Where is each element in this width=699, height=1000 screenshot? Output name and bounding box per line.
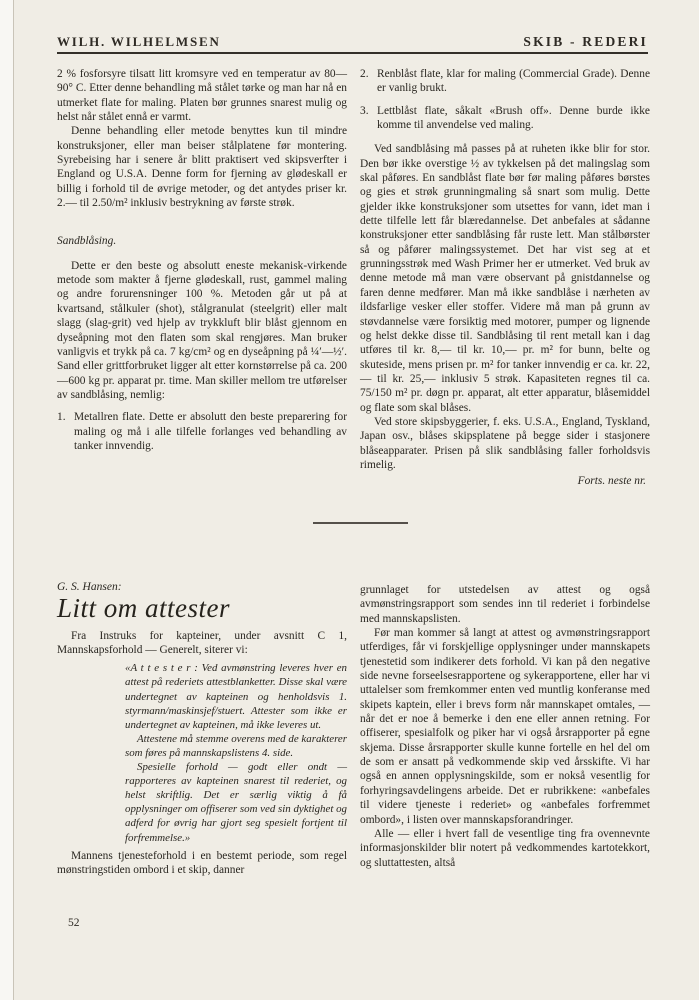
masthead: WILH. WILHELMSEN SKIB - REDERI — [57, 34, 648, 50]
article1-left-column: 2 % fosforsyre tilsatt litt kromsyre ved… — [57, 67, 347, 453]
paragraph: Fra Instruks for kapteiner, under avsnit… — [57, 629, 347, 658]
header-rule — [57, 52, 648, 54]
paragraph: Ved store skipsbyggerier, f. eks. U.S.A.… — [360, 415, 650, 472]
section-title: SKIB - REDERI — [523, 34, 648, 50]
article1-right-column: 2. Renblåst flate, klar for maling (Comm… — [360, 67, 650, 489]
paragraph: Alle — eller i hvert fall de vesentlige … — [360, 827, 650, 870]
list-text: Metallren flate. Dette er absolutt den b… — [74, 410, 347, 453]
paragraph: Før man kommer så langt at attest og avm… — [360, 626, 650, 827]
list-item: 2. Renblåst flate, klar for maling (Comm… — [360, 67, 650, 96]
paragraph: grunnlaget for utstedelsen av attest og … — [360, 583, 650, 626]
list-text: Lettblåst flate, såkalt «Brush off». Den… — [377, 104, 650, 133]
list-item: 3. Lettblåst flate, såkalt «Brush off». … — [360, 104, 650, 133]
quote-block: «A t t e s t e r : Ved avmønstring lever… — [125, 661, 347, 844]
article2-left-column: G. S. Hansen: Litt om attester Fra Instr… — [57, 580, 347, 877]
paragraph: Dette er den beste og absolutt eneste me… — [57, 259, 347, 402]
subheading-sandblasing: Sandblåsing. — [57, 234, 347, 248]
list-number: 3. — [360, 104, 377, 133]
journal-name: WILH. WILHELMSEN — [57, 34, 221, 50]
continuation-note: Forts. neste nr. — [360, 474, 650, 488]
list-number: 1. — [57, 410, 74, 453]
page-number: 52 — [68, 917, 80, 929]
scan-edge — [0, 0, 14, 1000]
article-divider — [313, 522, 408, 524]
list-number: 2. — [360, 67, 377, 96]
article2-right-column: grunnlaget for utstedelsen av attest og … — [360, 583, 650, 870]
quote-paragraph: Attestene må stemme overens med de karak… — [125, 732, 347, 760]
paragraph: 2 % fosforsyre tilsatt litt kromsyre ved… — [57, 67, 347, 124]
paragraph: Mannens tjenesteforhold i en bestemt per… — [57, 849, 347, 878]
byline: G. S. Hansen: — [57, 580, 347, 594]
article-title: Litt om attester — [57, 601, 347, 615]
quote-paragraph: «A t t e s t e r : Ved avmønstring lever… — [125, 661, 347, 731]
paragraph: Denne behandling eller metode benyttes k… — [57, 124, 347, 210]
paragraph: Ved sandblåsing må passes på at ruheten … — [360, 142, 650, 415]
scanned-page: WILH. WILHELMSEN SKIB - REDERI 2 % fosfo… — [0, 0, 699, 1000]
quote-paragraph: Spesielle forhold — godt eller ondt — ra… — [125, 760, 347, 845]
list-item: 1. Metallren flate. Dette er absolutt de… — [57, 410, 347, 453]
list-text: Renblåst flate, klar for maling (Commerc… — [377, 67, 650, 96]
